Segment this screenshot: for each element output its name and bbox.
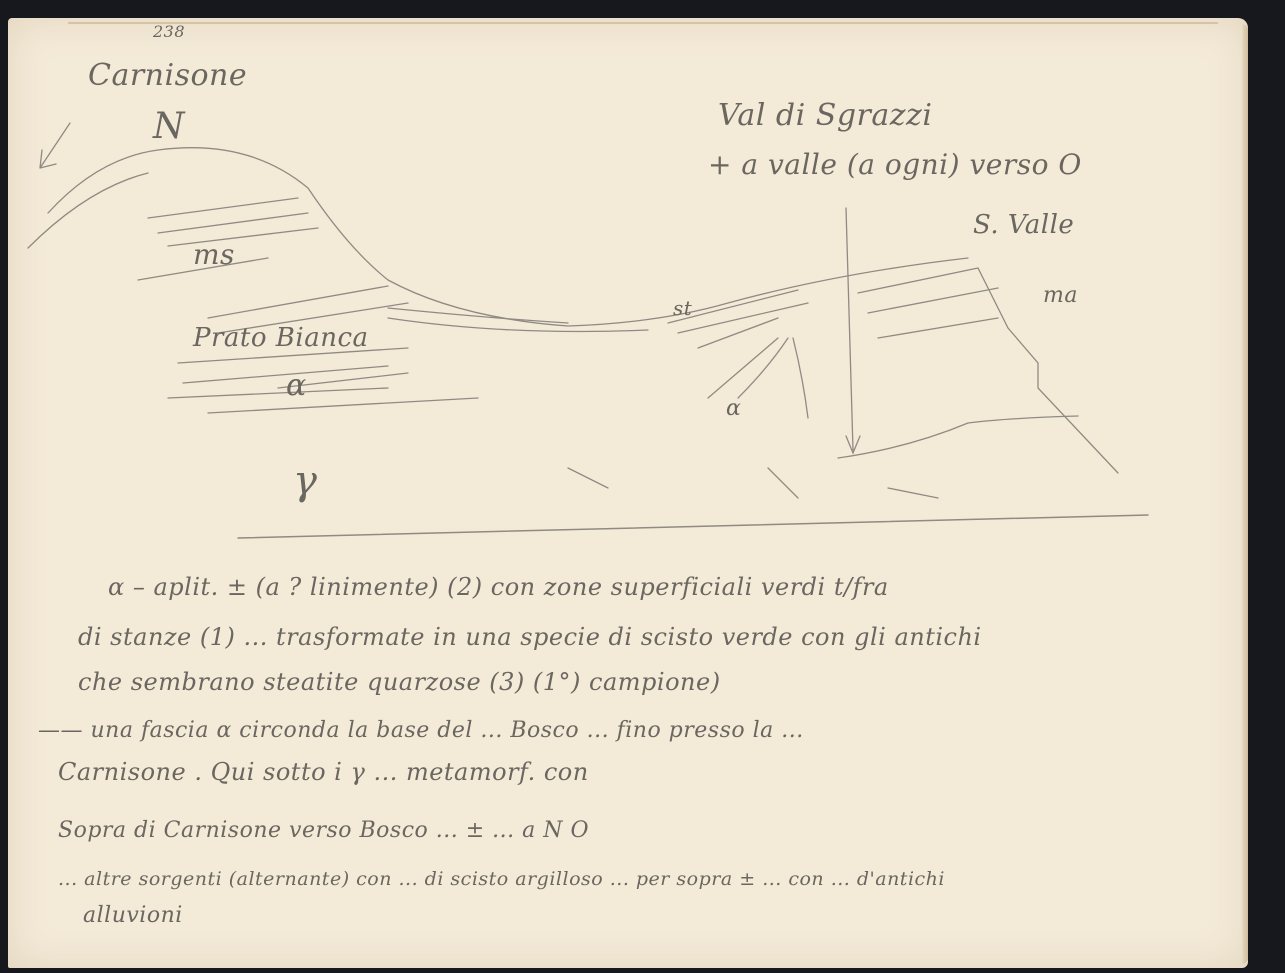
note-line-4: —— una fascia α circonda la base del ...… — [38, 718, 804, 743]
label-prato-bianca: Prato Bianca — [193, 323, 369, 353]
note-line-7: ... altre sorgenti (alternante) con ... … — [58, 868, 945, 890]
page-title: Carnisone — [88, 58, 247, 93]
note-line-5: Carnisone . Qui sotto i γ ... metamorf. … — [58, 758, 589, 786]
label-s-valle: S. Valle — [973, 210, 1074, 240]
heading-line-2: + a valle (a ogni) verso O — [708, 148, 1082, 181]
arrow-down-icon — [846, 208, 860, 453]
compass-north-label: N — [153, 106, 185, 147]
note-line-6: Sopra di Carnisone verso Bosco ... ± ...… — [58, 818, 589, 843]
label-mid-ridge: st — [673, 296, 692, 320]
heading-line-1: Val di Sgrazzi — [718, 98, 932, 133]
note-line-3: che sembrano steatite quarzose (3) (1°) … — [78, 668, 721, 696]
label-alpha-right: α — [726, 396, 741, 421]
notebook-page: 238 Carnisone N Val di Sgrazzi + a valle… — [8, 18, 1248, 968]
label-gamma-left: γ — [293, 458, 317, 504]
page-number: 238 — [153, 22, 185, 41]
label-right-side: ma — [1043, 283, 1078, 308]
label-upper-slope: ms — [193, 238, 235, 271]
note-line-1: α – aplit. ± (a ? linimente) (2) con zon… — [108, 573, 889, 601]
label-alpha-left: α — [286, 368, 307, 403]
note-line-2: di stanze (1) ... trasformate in una spe… — [78, 623, 982, 651]
note-line-8: alluvioni — [83, 903, 183, 928]
arrow-down-left-icon — [40, 123, 70, 168]
